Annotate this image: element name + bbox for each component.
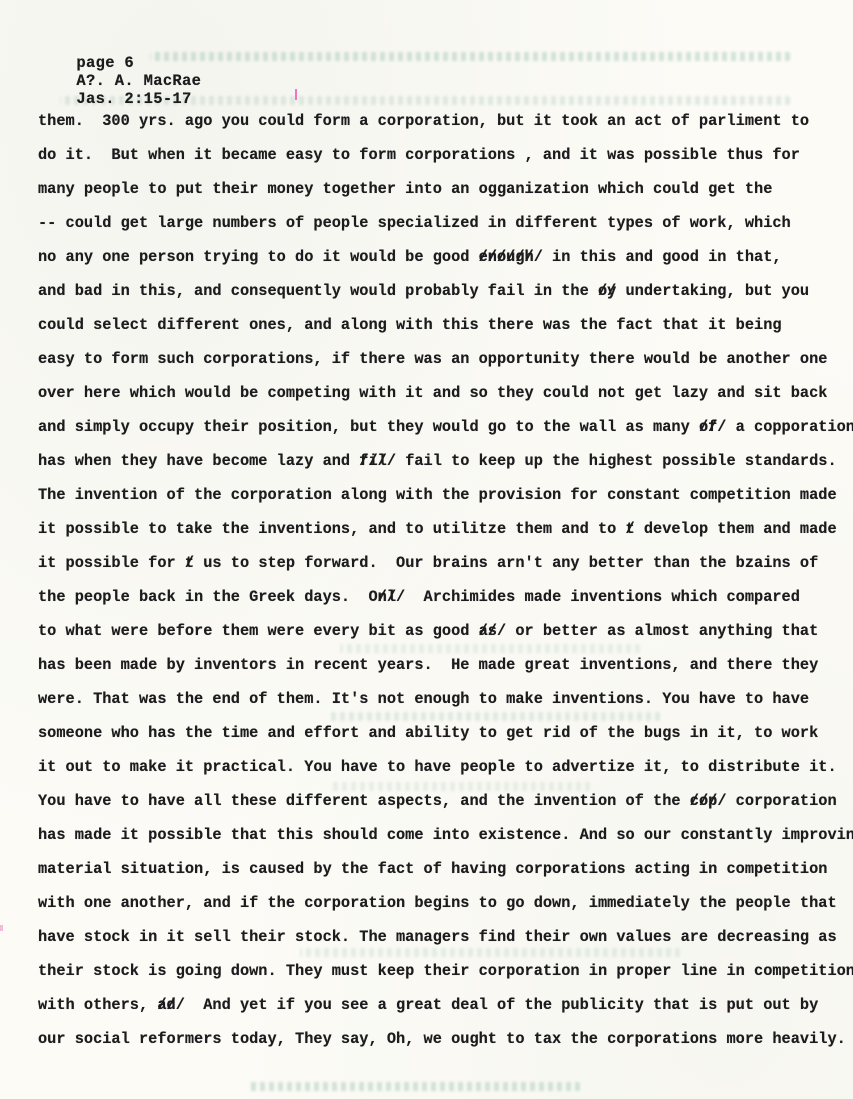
text-segment: it possible to take the inventions, and … [38, 520, 626, 538]
text-line: it possible for t us to step forward. Ou… [38, 546, 828, 580]
page-number-label: page 6 [76, 54, 171, 72]
text-segment: their stock is going down. They must kee… [38, 962, 853, 980]
struck-out-text: of [699, 410, 717, 444]
text-line: it possible to take the inventions, and … [38, 512, 828, 546]
text-segment: could select different ones, and along w… [38, 316, 782, 334]
text-segment: The invention of the corporation along w… [38, 486, 837, 504]
struck-out-text: ad [157, 988, 175, 1022]
text-segment: has been made by inventors in recent yea… [38, 656, 818, 674]
struck-out-text: as [479, 614, 497, 648]
text-line: over here which would be competing with … [38, 376, 828, 410]
verso-bleed-through-mark [250, 1082, 580, 1091]
text-segment: / Archimides made inventions which compa… [396, 588, 800, 606]
text-segment: easy to form such corporations, if there… [38, 350, 827, 368]
text-line: has made it possible that this should co… [38, 818, 828, 852]
text-segment: it possible for [38, 554, 185, 572]
text-line: has when they have become lazy and fil/ … [38, 444, 828, 478]
text-segment: have stock in it sell their stock. The m… [38, 928, 837, 946]
text-line: do it. But when it became easy to form c… [38, 138, 828, 172]
text-line: them. 300 yrs. ago you could form a corp… [38, 104, 828, 138]
text-line: and bad in this, and consequently would … [38, 274, 828, 308]
text-segment: with others, [38, 996, 157, 1014]
text-line: someone who has the time and effort and … [38, 716, 828, 750]
text-segment: undertaking, but you [616, 282, 809, 300]
text-line: easy to form such corporations, if there… [38, 342, 828, 376]
author-label: A?. A. MacRae [76, 72, 278, 90]
text-line: many people to put their money together … [38, 172, 828, 206]
struck-out-text: cop [690, 784, 718, 818]
struck-out-text: fil [359, 444, 387, 478]
text-line: our social reformers today, They say, Oh… [38, 1022, 828, 1056]
text-segment: someone who has the time and effort and … [38, 724, 818, 742]
text-segment: / corporation [717, 792, 836, 810]
text-line: it out to make it practical. You have to… [38, 750, 828, 784]
text-segment: over here which would be competing with … [38, 384, 827, 402]
text-segment: and simply occupy their position, but th… [38, 418, 699, 436]
text-segment: / or better as almost anything that [497, 622, 818, 640]
text-line: no any one person trying to do it would … [38, 240, 828, 274]
text-segment: them. 300 yrs. ago you could form a corp… [38, 112, 809, 130]
text-segment: us to step forward. Our brains arn't any… [194, 554, 818, 572]
text-segment: the people back in the Greek days. O [38, 588, 378, 606]
text-segment: has when they have become lazy and [38, 452, 359, 470]
text-segment: -- could get large numbers of people spe… [38, 214, 791, 232]
text-segment: no any one person trying to do it would … [38, 248, 479, 266]
struck-out-text: nl [378, 580, 396, 614]
struck-out-text: oy [598, 274, 616, 308]
text-line: their stock is going down. They must kee… [38, 954, 828, 988]
text-segment: develop them and made [635, 520, 837, 538]
text-segment: and bad in this, and consequently would … [38, 282, 598, 300]
text-segment: / in this and good in that, [534, 248, 782, 266]
text-segment: You have to have all these different asp… [38, 792, 690, 810]
text-segment: to what were before them were every bit … [38, 622, 479, 640]
struck-out-text: t [185, 546, 194, 580]
text-line: and simply occupy their position, but th… [38, 410, 828, 444]
text-segment: / fail to keep up the highest possible s… [387, 452, 837, 470]
text-line: material situation, is caused by the fac… [38, 852, 828, 886]
text-line: the people back in the Greek days. Onl/ … [38, 580, 828, 614]
pink-edge-mark [0, 925, 3, 931]
text-segment: with one another, and if the corporation… [38, 894, 837, 912]
text-segment: material situation, is caused by the fac… [38, 860, 827, 878]
document-body: them. 300 yrs. ago you could form a corp… [38, 104, 828, 1056]
text-line: with others, ad/ And yet if you see a gr… [38, 988, 828, 1022]
text-segment: many people to put their money together … [38, 180, 772, 198]
text-line: have stock in it sell their stock. The m… [38, 920, 828, 954]
text-line: to what were before them were every bit … [38, 614, 828, 648]
text-segment: / a copporation [717, 418, 853, 436]
text-line: with one another, and if the corporation… [38, 886, 828, 920]
text-segment: has made it possible that this should co… [38, 826, 853, 844]
text-segment: / And yet if you see a great deal of the… [176, 996, 819, 1014]
text-segment: do it. But when it became easy to form c… [38, 146, 800, 164]
pink-pen-tick [295, 89, 297, 100]
struck-out-text: t [626, 512, 635, 546]
text-segment: were. That was the end of them. It's not… [38, 690, 809, 708]
text-line: The invention of the corporation along w… [38, 478, 828, 512]
text-segment: our social reformers today, They say, Oh… [38, 1030, 846, 1048]
text-line: could select different ones, and along w… [38, 308, 828, 342]
typewritten-document-page: page 6 A?. A. MacRae Jas. 2:15-17 them. … [0, 0, 853, 1099]
text-line: were. That was the end of them. It's not… [38, 682, 828, 716]
text-segment: it out to make it practical. You have to… [38, 758, 837, 776]
text-line: -- could get large numbers of people spe… [38, 206, 828, 240]
text-line: You have to have all these different asp… [38, 784, 828, 818]
struck-out-text: enough [479, 240, 534, 274]
text-line: has been made by inventors in recent yea… [38, 648, 828, 682]
